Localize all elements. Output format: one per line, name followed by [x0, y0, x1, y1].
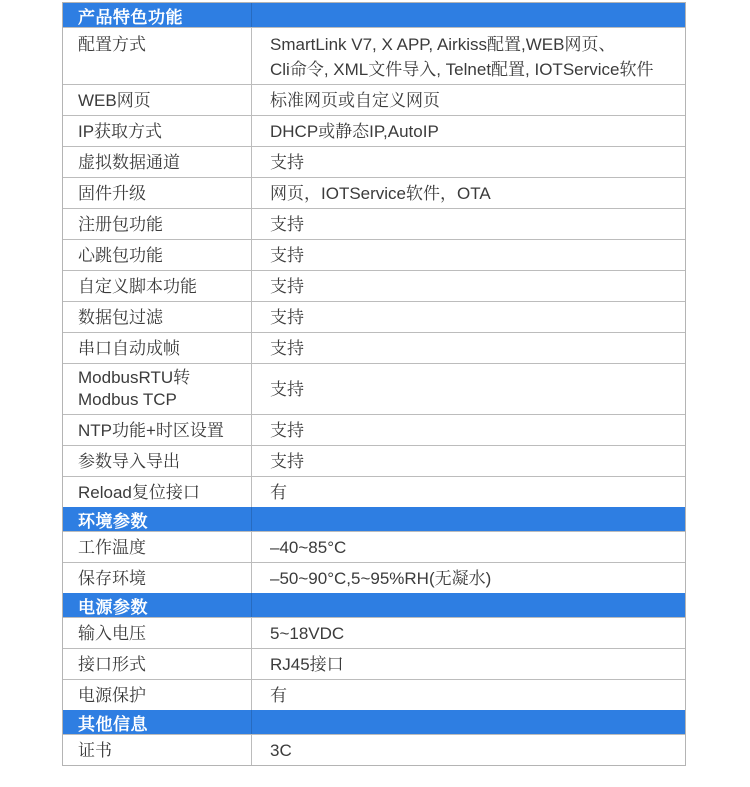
row-value: 有 — [252, 680, 685, 710]
spec-row: 虚拟数据通道 支持 — [63, 146, 685, 177]
row-label: 心跳包功能 — [63, 240, 252, 270]
row-label: 输入电压 — [63, 618, 252, 648]
row-value: SmartLink V7, X APP, Airkiss配置,WEB网页、 Cl… — [252, 28, 685, 84]
spec-row: 证书 3C — [63, 734, 685, 765]
spec-row: 保存环境 –50~90°C,5~95%RH(无凝水) — [63, 562, 685, 593]
row-value: 支持 — [252, 271, 685, 301]
row-label: WEB网页 — [63, 85, 252, 115]
spec-row: 串口自动成帧 支持 — [63, 332, 685, 363]
spec-row: 配置方式 SmartLink V7, X APP, Airkiss配置,WEB网… — [63, 27, 685, 84]
spec-row: 注册包功能 支持 — [63, 208, 685, 239]
row-label: 固件升级 — [63, 178, 252, 208]
spec-row: 输入电压 5~18VDC — [63, 617, 685, 648]
row-label: 自定义脚本功能 — [63, 271, 252, 301]
row-label: 虚拟数据通道 — [63, 147, 252, 177]
row-value: 支持 — [252, 147, 685, 177]
row-value: DHCP或静态IP,AutoIP — [252, 116, 685, 146]
row-label: 数据包过滤 — [63, 302, 252, 332]
spec-row: 参数导入导出 支持 — [63, 445, 685, 476]
spec-row: 固件升级 网页，IOTService软件，OTA — [63, 177, 685, 208]
product-spec-page: 产品特色功能 配置方式 SmartLink V7, X APP, Airkiss… — [0, 0, 750, 787]
row-label: IP获取方式 — [63, 116, 252, 146]
section-header: 其他信息 — [63, 710, 685, 734]
row-label: ModbusRTU转 Modbus TCP — [63, 364, 252, 414]
row-label: 配置方式 — [63, 28, 252, 84]
row-label: 保存环境 — [63, 563, 252, 593]
spec-row: 接口形式 RJ45接口 — [63, 648, 685, 679]
section-title: 产品特色功能 — [78, 3, 183, 28]
row-value: 网页，IOTService软件，OTA — [252, 178, 685, 208]
section-title: 电源参数 — [78, 593, 148, 618]
section-header: 电源参数 — [63, 593, 685, 617]
row-value: 支持 — [252, 240, 685, 270]
row-value: 支持 — [252, 302, 685, 332]
row-value: 3C — [252, 735, 685, 765]
row-label: 工作温度 — [63, 532, 252, 562]
spec-row: IP获取方式 DHCP或静态IP,AutoIP — [63, 115, 685, 146]
spec-section-other: 其他信息 证书 3C — [63, 710, 685, 765]
spec-row: 自定义脚本功能 支持 — [63, 270, 685, 301]
spec-row: 电源保护 有 — [63, 679, 685, 710]
row-label: 接口形式 — [63, 649, 252, 679]
row-label: 证书 — [63, 735, 252, 765]
row-value: 5~18VDC — [252, 618, 685, 648]
spec-row: WEB网页 标准网页或自定义网页 — [63, 84, 685, 115]
row-label: NTP功能+时区设置 — [63, 415, 252, 445]
row-value: 标准网页或自定义网页 — [252, 85, 685, 115]
section-title: 环境参数 — [78, 507, 148, 532]
row-label: 注册包功能 — [63, 209, 252, 239]
row-value: 支持 — [252, 364, 685, 414]
row-value: 支持 — [252, 209, 685, 239]
spec-row: 工作温度 –40~85°C — [63, 531, 685, 562]
spec-row: NTP功能+时区设置 支持 — [63, 414, 685, 445]
row-value: RJ45接口 — [252, 649, 685, 679]
row-value: 支持 — [252, 446, 685, 476]
section-header: 产品特色功能 — [63, 3, 685, 27]
row-label: 串口自动成帧 — [63, 333, 252, 363]
row-label: 电源保护 — [63, 680, 252, 710]
spec-section-power: 电源参数 输入电压 5~18VDC 接口形式 RJ45接口 电源保护 有 — [63, 593, 685, 710]
spec-row: Reload复位接口 有 — [63, 476, 685, 507]
spec-row: ModbusRTU转 Modbus TCP 支持 — [63, 363, 685, 414]
row-value: 支持 — [252, 415, 685, 445]
row-label: Reload复位接口 — [63, 477, 252, 507]
spec-row: 心跳包功能 支持 — [63, 239, 685, 270]
row-value: –50~90°C,5~95%RH(无凝水) — [252, 563, 685, 593]
row-value: –40~85°C — [252, 532, 685, 562]
row-value: 支持 — [252, 333, 685, 363]
spec-table: 产品特色功能 配置方式 SmartLink V7, X APP, Airkiss… — [62, 2, 686, 766]
section-title: 其他信息 — [78, 710, 148, 735]
spec-section-features: 产品特色功能 配置方式 SmartLink V7, X APP, Airkiss… — [63, 3, 685, 507]
row-value: 有 — [252, 477, 685, 507]
spec-row: 数据包过滤 支持 — [63, 301, 685, 332]
spec-section-environment: 环境参数 工作温度 –40~85°C 保存环境 –50~90°C,5~95%RH… — [63, 507, 685, 593]
row-label: 参数导入导出 — [63, 446, 252, 476]
section-header: 环境参数 — [63, 507, 685, 531]
